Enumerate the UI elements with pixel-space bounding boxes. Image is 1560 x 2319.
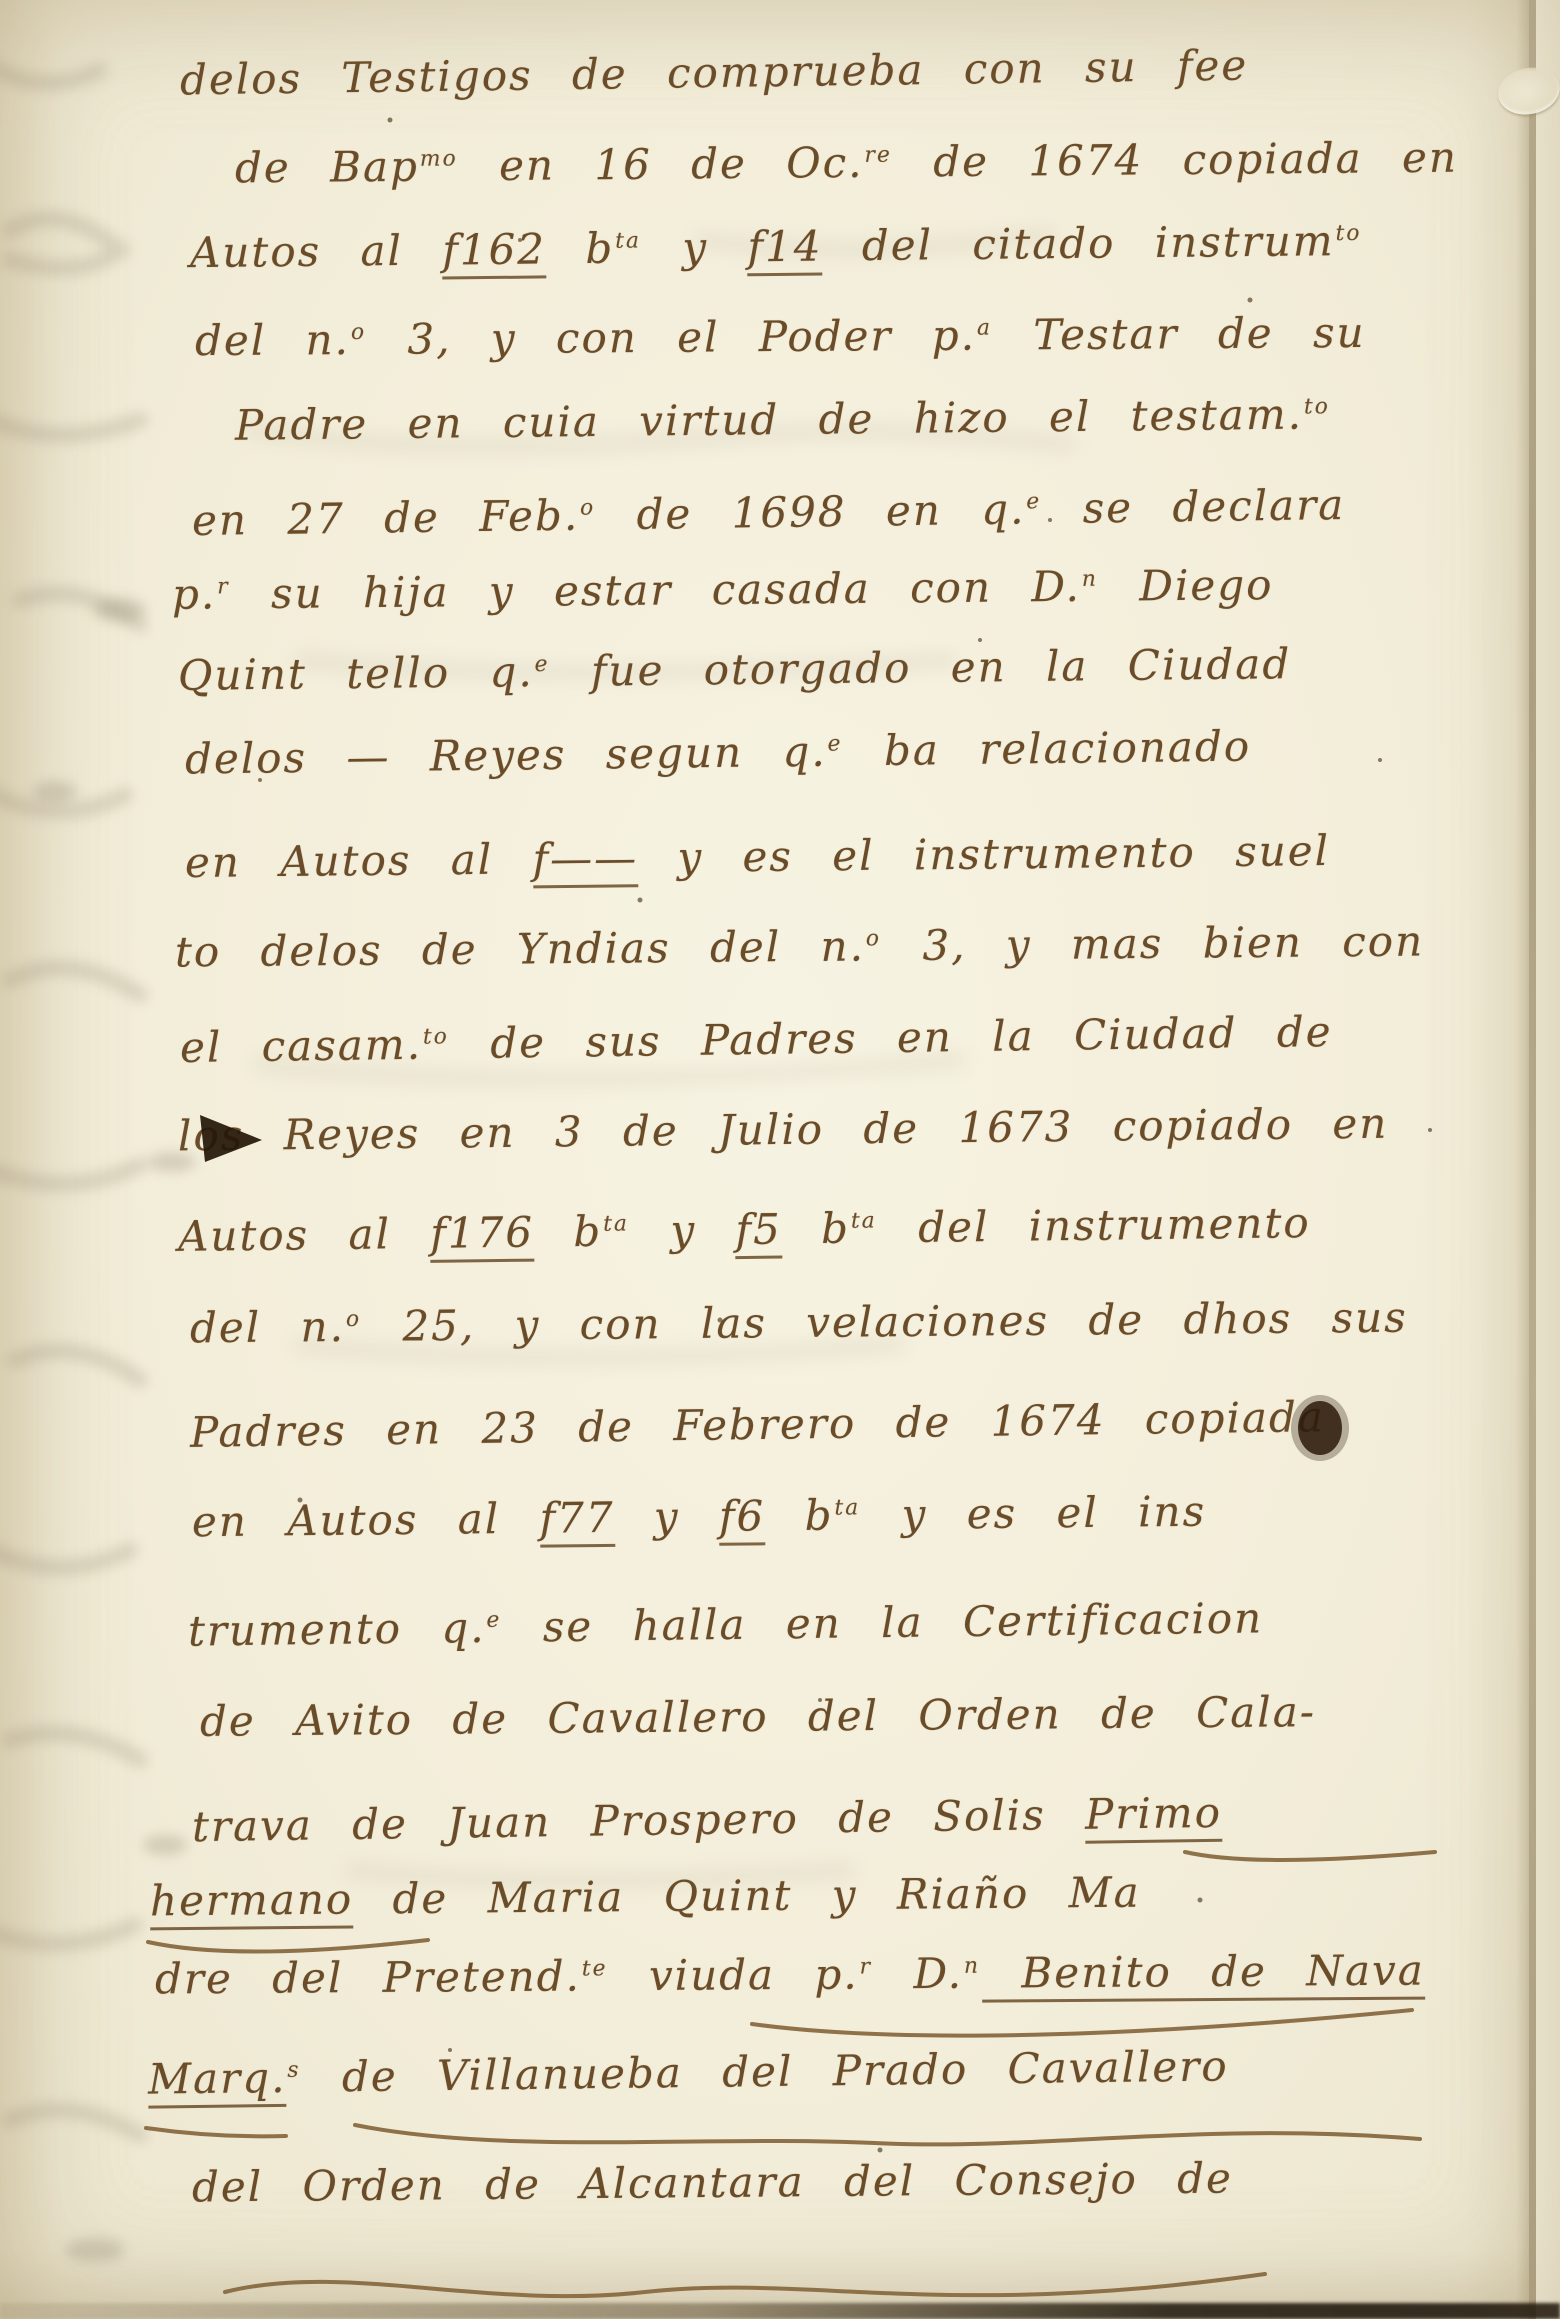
manuscript-line: Quint tello q.e fue otorgado en la Ciuda… <box>178 639 1292 700</box>
superscript-abbreviation: ta <box>834 1495 860 1520</box>
superscript-abbreviation: e <box>534 652 549 677</box>
handwritten-segment: y <box>643 222 748 272</box>
superscript-abbreviation: a <box>977 316 992 341</box>
handwritten-segment: viuda p. <box>609 1950 858 2001</box>
handwritten-segment: se declara <box>1043 480 1346 533</box>
handwritten-segment: en Autos al <box>192 1494 540 1547</box>
handwritten-segment: 25, y con las velaciones de dhos sus <box>363 1293 1408 1351</box>
manuscript-line: Autos al f162 bta y f14 del citado instr… <box>190 216 1364 277</box>
handwritten-segment: delos — Reyes segun q. <box>185 727 827 784</box>
handwritten-segment: D. <box>874 1949 963 1999</box>
handwritten-segment: b <box>781 1204 850 1254</box>
manuscript-line: del Orden de Alcantara del Consejo de <box>192 2153 1233 2211</box>
handwritten-segment: 3, y con el Poder p. <box>368 311 976 364</box>
underlined-segment: f162 <box>442 224 546 279</box>
superscript-abbreviation: n <box>1082 567 1098 592</box>
superscript-abbreviation: te <box>582 1956 608 1981</box>
handwritten-segment: Testar de su <box>994 308 1366 360</box>
handwritten-segment: en 16 de Oc. <box>460 138 864 191</box>
manuscript-line: del n.o 25, y con las velaciones de dhos… <box>190 1293 1408 1353</box>
handwritten-segment: de sus Padres en la Ciudad de <box>451 1007 1333 1068</box>
manuscript-line: to delos de Yndias del n.o 3, y mas bien… <box>175 917 1425 977</box>
superscript-abbreviation: o <box>866 926 881 951</box>
handwritten-segment: en 27 de Feb. <box>192 491 580 545</box>
manuscript-line: Autos al f176 bta y f5 bta del instrumen… <box>178 1198 1311 1261</box>
superscript-abbreviation: o <box>351 320 366 345</box>
handwritten-segment: Diego <box>1100 560 1274 611</box>
handwritten-segment: delos Testigos de comprueba con su fee <box>180 41 1249 105</box>
manuscript-line: hermano de Maria Quint y Riaño Ma <box>150 1868 1141 1926</box>
manuscript-line: de Avito de Cavallero del Orden de Cala- <box>200 1687 1316 1746</box>
handwritten-segment: Autos al <box>178 1209 431 1261</box>
manuscript-line: en Autos al f—— y es el instrumento suel <box>185 826 1331 887</box>
underlined-segment: Benito de Nava <box>982 1946 1425 2003</box>
superscript-abbreviation: re <box>864 143 892 168</box>
handwritten-segment: dre del Pretend. <box>155 1951 581 2003</box>
superscript-abbreviation: n <box>964 1954 980 1979</box>
manuscript-line: Padres en 23 de Febrero de 1674 copiada <box>190 1392 1326 1457</box>
superscript-abbreviation: to <box>1335 221 1361 246</box>
manuscript-line: Padre en cuia virtud de hizo el testam.t… <box>235 389 1332 449</box>
handwritten-segment: trumento q. <box>188 1603 486 1656</box>
superscript-abbreviation: e <box>486 1608 501 1633</box>
manuscript-text: delos Testigos de comprueba con su feede… <box>0 0 1560 2319</box>
superscript-abbreviation: o <box>580 495 596 520</box>
manuscript-line: de Bapmo en 16 de Oc.re de 1674 copiada … <box>235 133 1458 193</box>
manuscript-line: p.r su hija y estar casada con D.n Diego <box>172 560 1274 619</box>
manuscript-line: en 27 de Feb.o de 1698 en q.e se declara <box>192 480 1346 545</box>
underlined-segment: f77 <box>539 1493 615 1548</box>
handwritten-segment: b <box>534 1207 603 1257</box>
handwritten-segment: y es el instrumento suel <box>638 826 1330 882</box>
manuscript-line: trumento q.e se halla en la Certificacio… <box>188 1593 1264 1655</box>
handwritten-segment: fue otorgado en la Ciudad <box>551 639 1291 696</box>
handwritten-segment: y <box>614 1492 719 1542</box>
handwritten-segment: 3, y mas bien con <box>883 917 1424 971</box>
handwritten-segment: trava de Juan Prospero de Solis <box>192 1790 1086 1851</box>
handwritten-segment: del Orden de Alcantara del Consejo de <box>192 2153 1233 2211</box>
manuscript-line: el casam.to de sus Padres en la Ciudad d… <box>180 1007 1333 1072</box>
superscript-abbreviation: mo <box>420 146 458 171</box>
handwritten-segment: del instrumento <box>879 1198 1311 1252</box>
underlined-segment: f5 <box>735 1205 782 1260</box>
underlined-segment: hermano <box>150 1875 354 1931</box>
handwritten-segment: p. <box>172 569 217 618</box>
superscript-abbreviation: e <box>1026 489 1041 514</box>
superscript-abbreviation: e <box>827 731 842 756</box>
underlined-segment: Marq. <box>148 2053 287 2109</box>
superscript-abbreviation: s <box>287 2058 301 2083</box>
handwritten-segment: del n. <box>190 1302 345 1352</box>
handwritten-segment: en Autos al <box>185 834 533 887</box>
handwritten-segment: se halla en la Certificacion <box>503 1593 1263 1651</box>
handwritten-segment: de 1674 copiada en <box>894 133 1458 187</box>
manuscript-line: en Autos al f77 y f6 bta y es el ins <box>192 1487 1207 1547</box>
handwritten-segment: de Villanueba del Prado Cavallero <box>302 2041 1229 2101</box>
superscript-abbreviation: ta <box>615 228 641 253</box>
superscript-abbreviation: to <box>1304 394 1330 419</box>
superscript-abbreviation: to <box>423 1024 449 1049</box>
page-edge <box>1536 0 1560 2319</box>
crease-shadow <box>1516 0 1529 2319</box>
manuscript-line: delos — Reyes segun q.e ba relacionado <box>185 721 1252 783</box>
handwritten-segment: Padres en 23 de Febrero de 1674 copiada <box>190 1392 1326 1457</box>
manuscript-line: dre del Pretend.te viuda p.r D.n Benito … <box>155 1946 1425 2004</box>
handwritten-segment: y es el ins <box>862 1487 1206 1540</box>
underlined-segment: f176 <box>430 1208 534 1263</box>
bottom-scan-shadow <box>0 2303 1560 2319</box>
superscript-abbreviation: r <box>860 1954 873 1979</box>
manuscript-page: delos Testigos de comprueba con su feede… <box>0 0 1560 2319</box>
handwritten-segment: el casam. <box>180 1020 423 1072</box>
handwritten-segment: del citado instrum <box>822 216 1335 270</box>
handwritten-segment: de 1698 en q. <box>597 484 1026 539</box>
handwritten-segment: de Bap <box>235 142 419 193</box>
underlined-segment: f14 <box>747 222 823 277</box>
handwritten-segment: b <box>765 1491 834 1541</box>
handwritten-segment: Autos al <box>190 226 443 278</box>
underlined-segment: f—— <box>532 833 638 888</box>
crease-line <box>1529 0 1536 2319</box>
handwritten-segment: b <box>546 224 615 274</box>
superscript-abbreviation: ta <box>603 1211 629 1236</box>
handwritten-segment: de Maria Quint y Riaño Ma <box>353 1868 1141 1924</box>
handwritten-segment: ba relacionado <box>844 721 1251 775</box>
manuscript-line: delos Testigos de comprueba con su fee <box>180 41 1249 105</box>
handwritten-segment: del n. <box>195 315 350 365</box>
manuscript-line: del n.o 3, y con el Poder p.a Testar de … <box>195 308 1366 365</box>
handwritten-segment: su hija y estar casada con D. <box>231 562 1081 618</box>
handwritten-segment: Quint tello q. <box>178 647 534 700</box>
underlined-segment: Primo <box>1085 1788 1223 1844</box>
manuscript-line: Marq.s de Villanueba del Prado Cavallero <box>148 2041 1229 2103</box>
manuscript-line: los Reyes en 3 de Julio de 1673 copiado … <box>178 1099 1389 1161</box>
superscript-abbreviation: o <box>346 1307 361 1332</box>
handwritten-segment: los Reyes en 3 de Julio de 1673 copiado … <box>178 1099 1389 1161</box>
handwritten-segment: to delos de Yndias del n. <box>175 921 865 976</box>
handwritten-segment: Padre en cuia virtud de hizo el testam. <box>235 390 1303 450</box>
handwritten-segment: y <box>631 1205 736 1255</box>
superscript-abbreviation: r <box>217 574 230 599</box>
manuscript-line: trava de Juan Prospero de Solis Primo <box>192 1788 1223 1851</box>
superscript-abbreviation: ta <box>851 1208 877 1233</box>
handwritten-segment: de Avito de Cavallero del Orden de Cala- <box>200 1687 1316 1746</box>
underlined-segment: f6 <box>719 1491 766 1545</box>
